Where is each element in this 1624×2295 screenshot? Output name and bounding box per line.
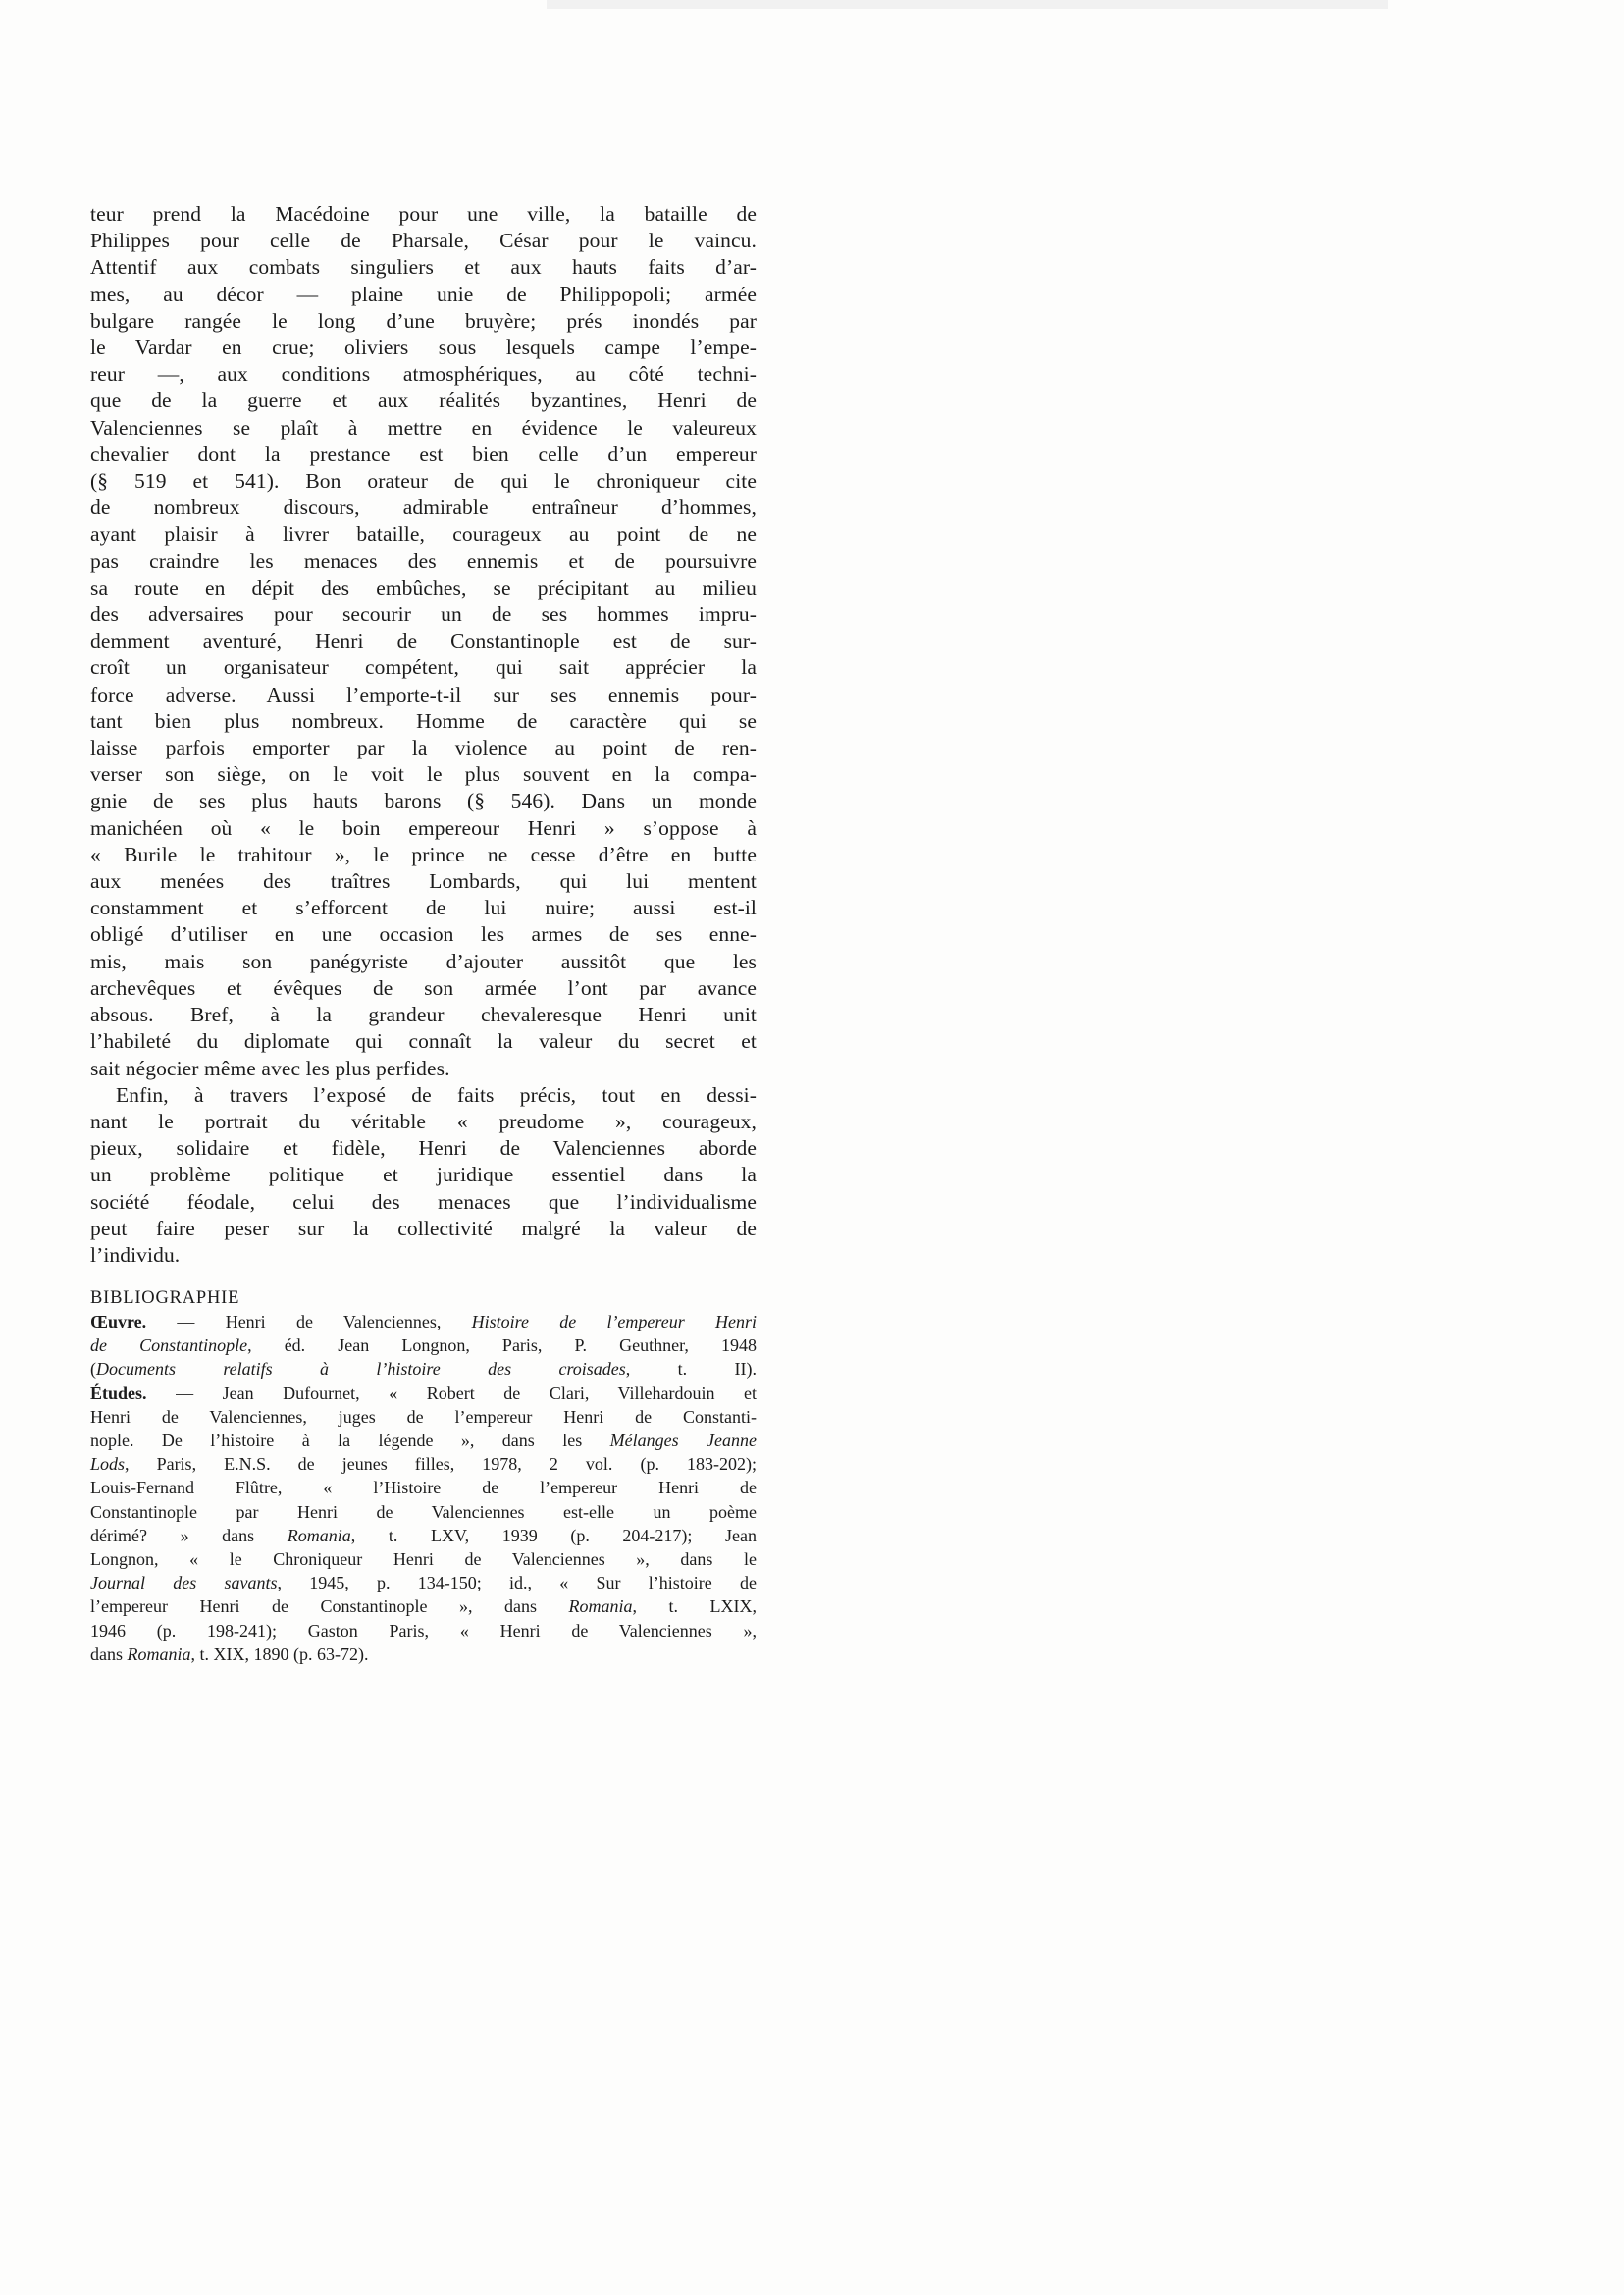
regular-text: Constantinople par Henri de Valenciennes… <box>90 1502 757 1522</box>
scanned-page: teur prend la Macédoine pour une ville, … <box>0 0 1624 2295</box>
text-line: bulgare rangée le long d’une bruyère; pr… <box>90 308 757 335</box>
text-line: pas craindre les menaces des ennemis et … <box>90 548 757 575</box>
bibliography-line: Œuvre. — Henri de Valenciennes, Histoire… <box>90 1310 757 1333</box>
text-line: Attentif aux combats singuliers et aux h… <box>90 254 757 281</box>
regular-text: , 1945, p. 134-150; id., « Sur l’histoir… <box>278 1573 758 1592</box>
text-line: teur prend la Macédoine pour une ville, … <box>90 201 757 228</box>
text-line: demment aventuré, Henri de Constantinopl… <box>90 628 757 654</box>
regular-text: , éd. Jean Longnon, Paris, P. Geuthner, … <box>247 1335 757 1355</box>
regular-text: 1946 (p. 198-241); Gaston Paris, « Henri… <box>90 1621 757 1641</box>
italic-text: Mélanges Jeanne <box>610 1431 757 1450</box>
bibliography-line: (Documents relatifs à l’histoire des cro… <box>90 1357 757 1381</box>
regular-text: — Henri de Valenciennes, <box>146 1312 471 1331</box>
text-line: l’habileté du diplomate qui connaît la v… <box>90 1028 757 1055</box>
text-line: le Vardar en crue; oliviers sous lesquel… <box>90 335 757 361</box>
bibliography-line: Constantinople par Henri de Valenciennes… <box>90 1500 757 1524</box>
text-line: force adverse. Aussi l’emporte-t-il sur … <box>90 682 757 708</box>
text-line: chevalier dont la prestance est bien cel… <box>90 442 757 468</box>
text-line: reur —, aux conditions atmosphériques, a… <box>90 361 757 388</box>
bibliography-line: Lods, Paris, E.N.S. de jeunes filles, 19… <box>90 1452 757 1476</box>
text-line: sait négocier même avec les plus perfide… <box>90 1056 757 1082</box>
regular-text: dans <box>90 1644 128 1664</box>
bibliography-line: Longnon, « le Chroniqueur Henri de Valen… <box>90 1547 757 1571</box>
text-line: tant bien plus nombreux. Homme de caract… <box>90 708 757 735</box>
bibliography-line: dérimé? » dans Romania, t. LXV, 1939 (p.… <box>90 1524 757 1547</box>
regular-text: , t. LXV, 1939 (p. 204-217); Jean <box>351 1526 757 1545</box>
text-line: l’individu. <box>90 1242 757 1269</box>
text-line: Valenciennes se plaît à mettre en éviden… <box>90 415 757 442</box>
text-line: verser son siège, on le voit le plus sou… <box>90 761 757 788</box>
italic-text: Journal des savants <box>90 1573 278 1592</box>
text-line: mes, au décor — plaine unie de Philippop… <box>90 282 757 308</box>
bold-text: Études. <box>90 1383 147 1403</box>
regular-text: dérimé? » dans <box>90 1526 288 1545</box>
italic-text: Documents relatifs à l’histoire des croi… <box>96 1359 626 1379</box>
bibliography-line: l’empereur Henri de Constantinople », da… <box>90 1594 757 1618</box>
regular-text: l’empereur Henri de Constantinople », da… <box>90 1596 568 1616</box>
regular-text: — Jean Dufournet, « Robert de Clari, Vil… <box>147 1383 757 1403</box>
bold-text: Œuvre. <box>90 1312 146 1331</box>
text-line: nant le portrait du véritable « preudome… <box>90 1109 757 1135</box>
text-line: constamment et s’efforcent de lui nuire;… <box>90 895 757 921</box>
regular-text: nople. De l’histoire à la légende », dan… <box>90 1431 610 1450</box>
text-line: « Burile le trahitour », le prince ne ce… <box>90 842 757 868</box>
article-text: teur prend la Macédoine pour une ville, … <box>90 201 757 1269</box>
text-line: ayant plaisir à livrer bataille, courage… <box>90 521 757 548</box>
text-line: obligé d’utiliser en une occasion les ar… <box>90 921 757 948</box>
italic-text: Romania <box>568 1596 632 1616</box>
scan-artifact-bar <box>547 0 1388 9</box>
text-line: des adversaires pour secourir un de ses … <box>90 601 757 628</box>
text-line: croît un organisateur compétent, qui sai… <box>90 654 757 681</box>
text-line: Philippes pour celle de Pharsale, César … <box>90 228 757 254</box>
bibliography-text: Œuvre. — Henri de Valenciennes, Histoire… <box>90 1310 757 1666</box>
regular-text: Louis-Fernand Flûtre, « l’Histoire de l’… <box>90 1478 757 1497</box>
text-line: pieux, solidaire et fidèle, Henri de Val… <box>90 1135 757 1162</box>
bibliography-heading: BIBLIOGRAPHIE <box>90 1286 757 1310</box>
bibliography-line: Études. — Jean Dufournet, « Robert de Cl… <box>90 1382 757 1405</box>
regular-text: , Paris, E.N.S. de jeunes filles, 1978, … <box>125 1454 757 1474</box>
italic-text: Histoire de l’empereur Henri <box>472 1312 757 1331</box>
bibliography-line: Henri de Valenciennes, juges de l’empere… <box>90 1405 757 1429</box>
bibliography-line: 1946 (p. 198-241); Gaston Paris, « Henri… <box>90 1619 757 1643</box>
italic-text: Romania <box>128 1644 191 1664</box>
text-line: aux menées des traîtres Lombards, qui lu… <box>90 868 757 895</box>
text-line: que de la guerre et aux réalités byzanti… <box>90 388 757 414</box>
text-line: peut faire peser sur la collectivité mal… <box>90 1216 757 1242</box>
regular-text: Longnon, « le Chroniqueur Henri de Valen… <box>90 1549 757 1569</box>
bibliography-line: de Constantinople, éd. Jean Longnon, Par… <box>90 1333 757 1357</box>
bibliography-line: dans Romania, t. XIX, 1890 (p. 63-72). <box>90 1643 757 1666</box>
regular-text: , t. II). <box>626 1359 757 1379</box>
text-line: gnie de ses plus hauts barons (§ 546). D… <box>90 788 757 814</box>
text-line: (§ 519 et 541). Bon orateur de qui le ch… <box>90 468 757 495</box>
regular-text: , t. LXIX, <box>632 1596 757 1616</box>
regular-text: , t. XIX, 1890 (p. 63-72). <box>191 1644 369 1664</box>
bibliography-line: Louis-Fernand Flûtre, « l’Histoire de l’… <box>90 1476 757 1499</box>
text-line: société féodale, celui des menaces que l… <box>90 1189 757 1216</box>
text-line: absous. Bref, à la grandeur chevaleresqu… <box>90 1002 757 1028</box>
italic-text: de Constantinople <box>90 1335 247 1355</box>
text-line: mis, mais son panégyriste d’ajouter auss… <box>90 949 757 975</box>
text-line: un problème politique et juridique essen… <box>90 1162 757 1188</box>
text-line: archevêques et évêques de son armée l’on… <box>90 975 757 1002</box>
italic-text: Lods <box>90 1454 125 1474</box>
text-line: sa route en dépit des embûches, se préci… <box>90 575 757 601</box>
text-line: de nombreux discours, admirable entraîne… <box>90 495 757 521</box>
regular-text: Henri de Valenciennes, juges de l’empere… <box>90 1407 757 1427</box>
bibliography-line: Journal des savants, 1945, p. 134-150; i… <box>90 1571 757 1594</box>
text-line: manichéen où « le boin empereour Henri »… <box>90 815 757 842</box>
text-line: laisse parfois emporter par la violence … <box>90 735 757 761</box>
text-line: Enfin, à travers l’exposé de faits préci… <box>90 1082 757 1109</box>
bibliography-section: BIBLIOGRAPHIE Œuvre. — Henri de Valencie… <box>90 1286 757 1666</box>
italic-text: Romania <box>288 1526 351 1545</box>
bibliography-line: nople. De l’histoire à la légende », dan… <box>90 1429 757 1452</box>
